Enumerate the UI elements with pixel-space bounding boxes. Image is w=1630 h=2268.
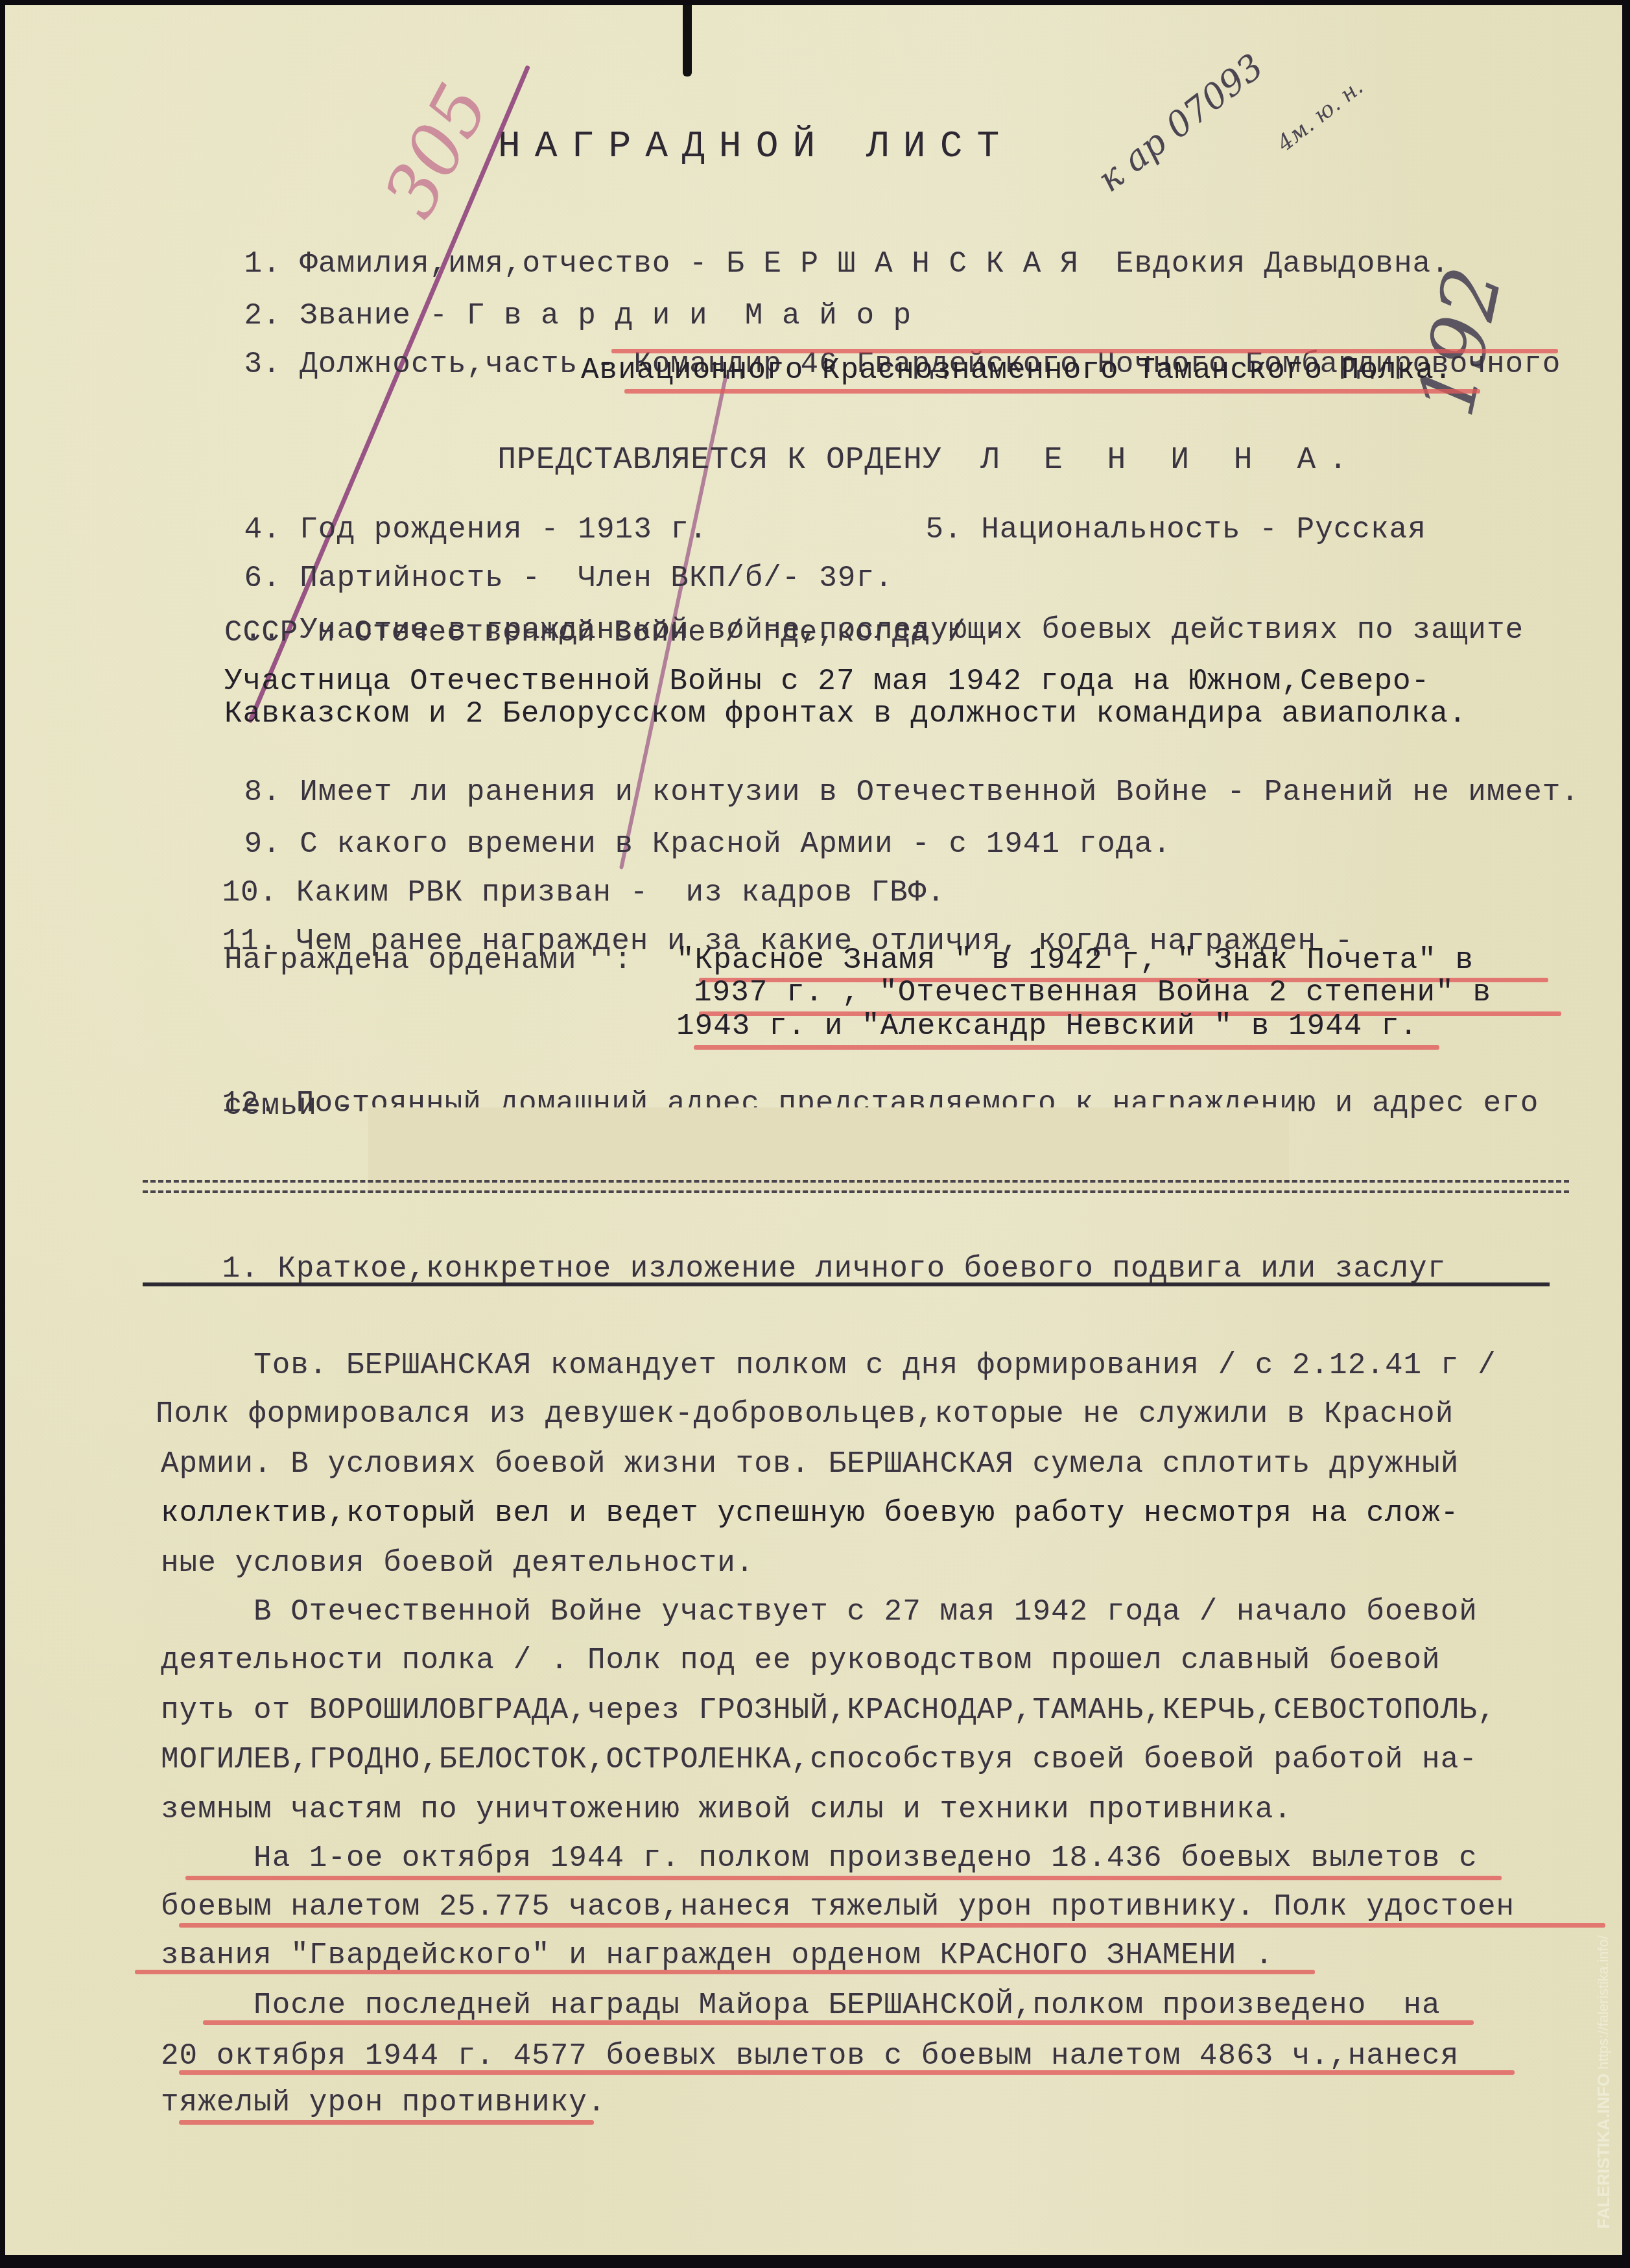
narrative-line: На 1-ое октября 1944 г. полком произведе… [161, 1843, 1478, 1873]
narrative-line: МОГИЛЕВ,ГРОДНО,БЕЛОСТОК,ОСТРОЛЕНКА,спосо… [161, 1745, 1478, 1775]
red-underline [624, 389, 1480, 394]
section-heading-row: 1. Краткое,конкретное изложение личного … [148, 1224, 1446, 1314]
solid-separator [143, 1282, 1550, 1286]
field-value-wounds: Ранений не имеет. [1264, 775, 1579, 809]
award-sheet-page: НАГРАДНОЙ ЛИСТ к ар 07093 4м. ю. н. 305 … [5, 5, 1622, 2255]
field-3-continuation: Авиационного Краснознаменного Таманского… [581, 355, 1452, 385]
narrative-line: Армии. В условиях боевой жизни тов. БЕРШ… [161, 1449, 1459, 1479]
presented-label: ПРЕДСТАВЛЯЕТСЯ К ОРДЕНУ [497, 443, 942, 478]
section-heading: Краткое,конкретное изложение личного бое… [278, 1252, 1446, 1286]
source-watermark: FALERISTIKA.INFO https://faleristika.inf… [1595, 1935, 1612, 2229]
dashed-separator [143, 1180, 1569, 1193]
field-7-value: Участница Отечественной Войны с 27 мая 1… [224, 667, 1430, 696]
narrative-line: боевым налетом 25.775 часов,нанеся тяжел… [161, 1892, 1515, 1922]
narrative-line: Полк формировался из девушек-добровольце… [156, 1399, 1454, 1429]
red-underline [135, 1970, 1315, 1974]
watermark-brand: FALERISTIKA.INFO [1594, 2073, 1613, 2229]
narrative-line: земным частям по уничтожению живой силы … [161, 1795, 1292, 1825]
narrative-line: ные условия боевой деятельности. [161, 1548, 754, 1578]
handwritten-archive-number: к ар 07093 [1090, 46, 1271, 200]
red-underline [179, 1923, 1605, 1928]
handwritten-stamp-number: 305 [368, 71, 505, 230]
narrative-line: деятельности полка / . Полк под ее руков… [161, 1646, 1441, 1675]
red-underline [611, 349, 1558, 353]
narrative-line: коллектив,который вел и ведет успешную б… [161, 1498, 1459, 1528]
field-5-row: 5. Национальность - Русская [851, 485, 1426, 574]
awards-label: Награждена орденами : [224, 945, 632, 975]
red-underline [179, 2120, 594, 2125]
narrative-line: После последней награды Майора БЕРШАНСКО… [161, 1990, 1441, 2020]
field-label-nationality: Национальность - [981, 513, 1278, 547]
red-underline [203, 2020, 1474, 2025]
narrative-line: тяжелый урон противнику. [161, 2088, 606, 2118]
field-7-value-continuation: Кавказском и 2 Белорусском фронтах в дол… [224, 699, 1467, 729]
document-title: НАГРАДНОЙ ЛИСТ [498, 128, 1013, 166]
binding-hole [683, 5, 692, 77]
section-number: 1. [222, 1252, 259, 1286]
handwritten-note: 4м. ю. н. [1272, 74, 1368, 157]
order-name: Л Е Н И Н А. [980, 443, 1360, 478]
field-12-label-continuation: семьи - [224, 1091, 354, 1121]
field-value-service-since: с 1941 года. [949, 827, 1171, 861]
watermark-url: https://faleristika.info/ [1595, 1935, 1611, 2070]
field-number: 3. [244, 348, 281, 381]
red-underline [185, 1876, 1502, 1880]
narrative-line: 20 октября 1944 г. 4577 боевых вылетов с… [161, 2041, 1459, 2071]
narrative-line: путь от ВОРОШИЛОВГРАДА,через ГРОЗНЫЙ,КРА… [161, 1695, 1496, 1725]
field-label-position: Должность,часть - [300, 348, 615, 381]
field-value-nationality: Русская [1297, 513, 1426, 547]
award-line-1: "Красное Знамя " в 1942 г, " Знак Почета… [676, 945, 1474, 975]
field-number: 5. [925, 513, 962, 547]
award-line-3: 1943 г. и "Александр Невский " в 1944 г. [676, 1011, 1418, 1041]
red-underline [179, 2070, 1515, 2075]
narrative-line: Тов. БЕРШАНСКАЯ командует полком с дня ф… [161, 1351, 1496, 1380]
red-underline [694, 1045, 1439, 1050]
narrative-line: В Отечественной Войне участвует с 27 мая… [161, 1597, 1478, 1627]
field-7-label-continuation: СССР и Отечественной Войне / где,когда /… [224, 618, 1003, 648]
redacted-address-area [368, 1107, 1289, 1192]
award-line-2: 1937 г. , "Отечественная Война 2 степени… [694, 978, 1491, 1008]
narrative-line: звания "Гвардейского" и награжден ордено… [161, 1941, 1273, 1970]
